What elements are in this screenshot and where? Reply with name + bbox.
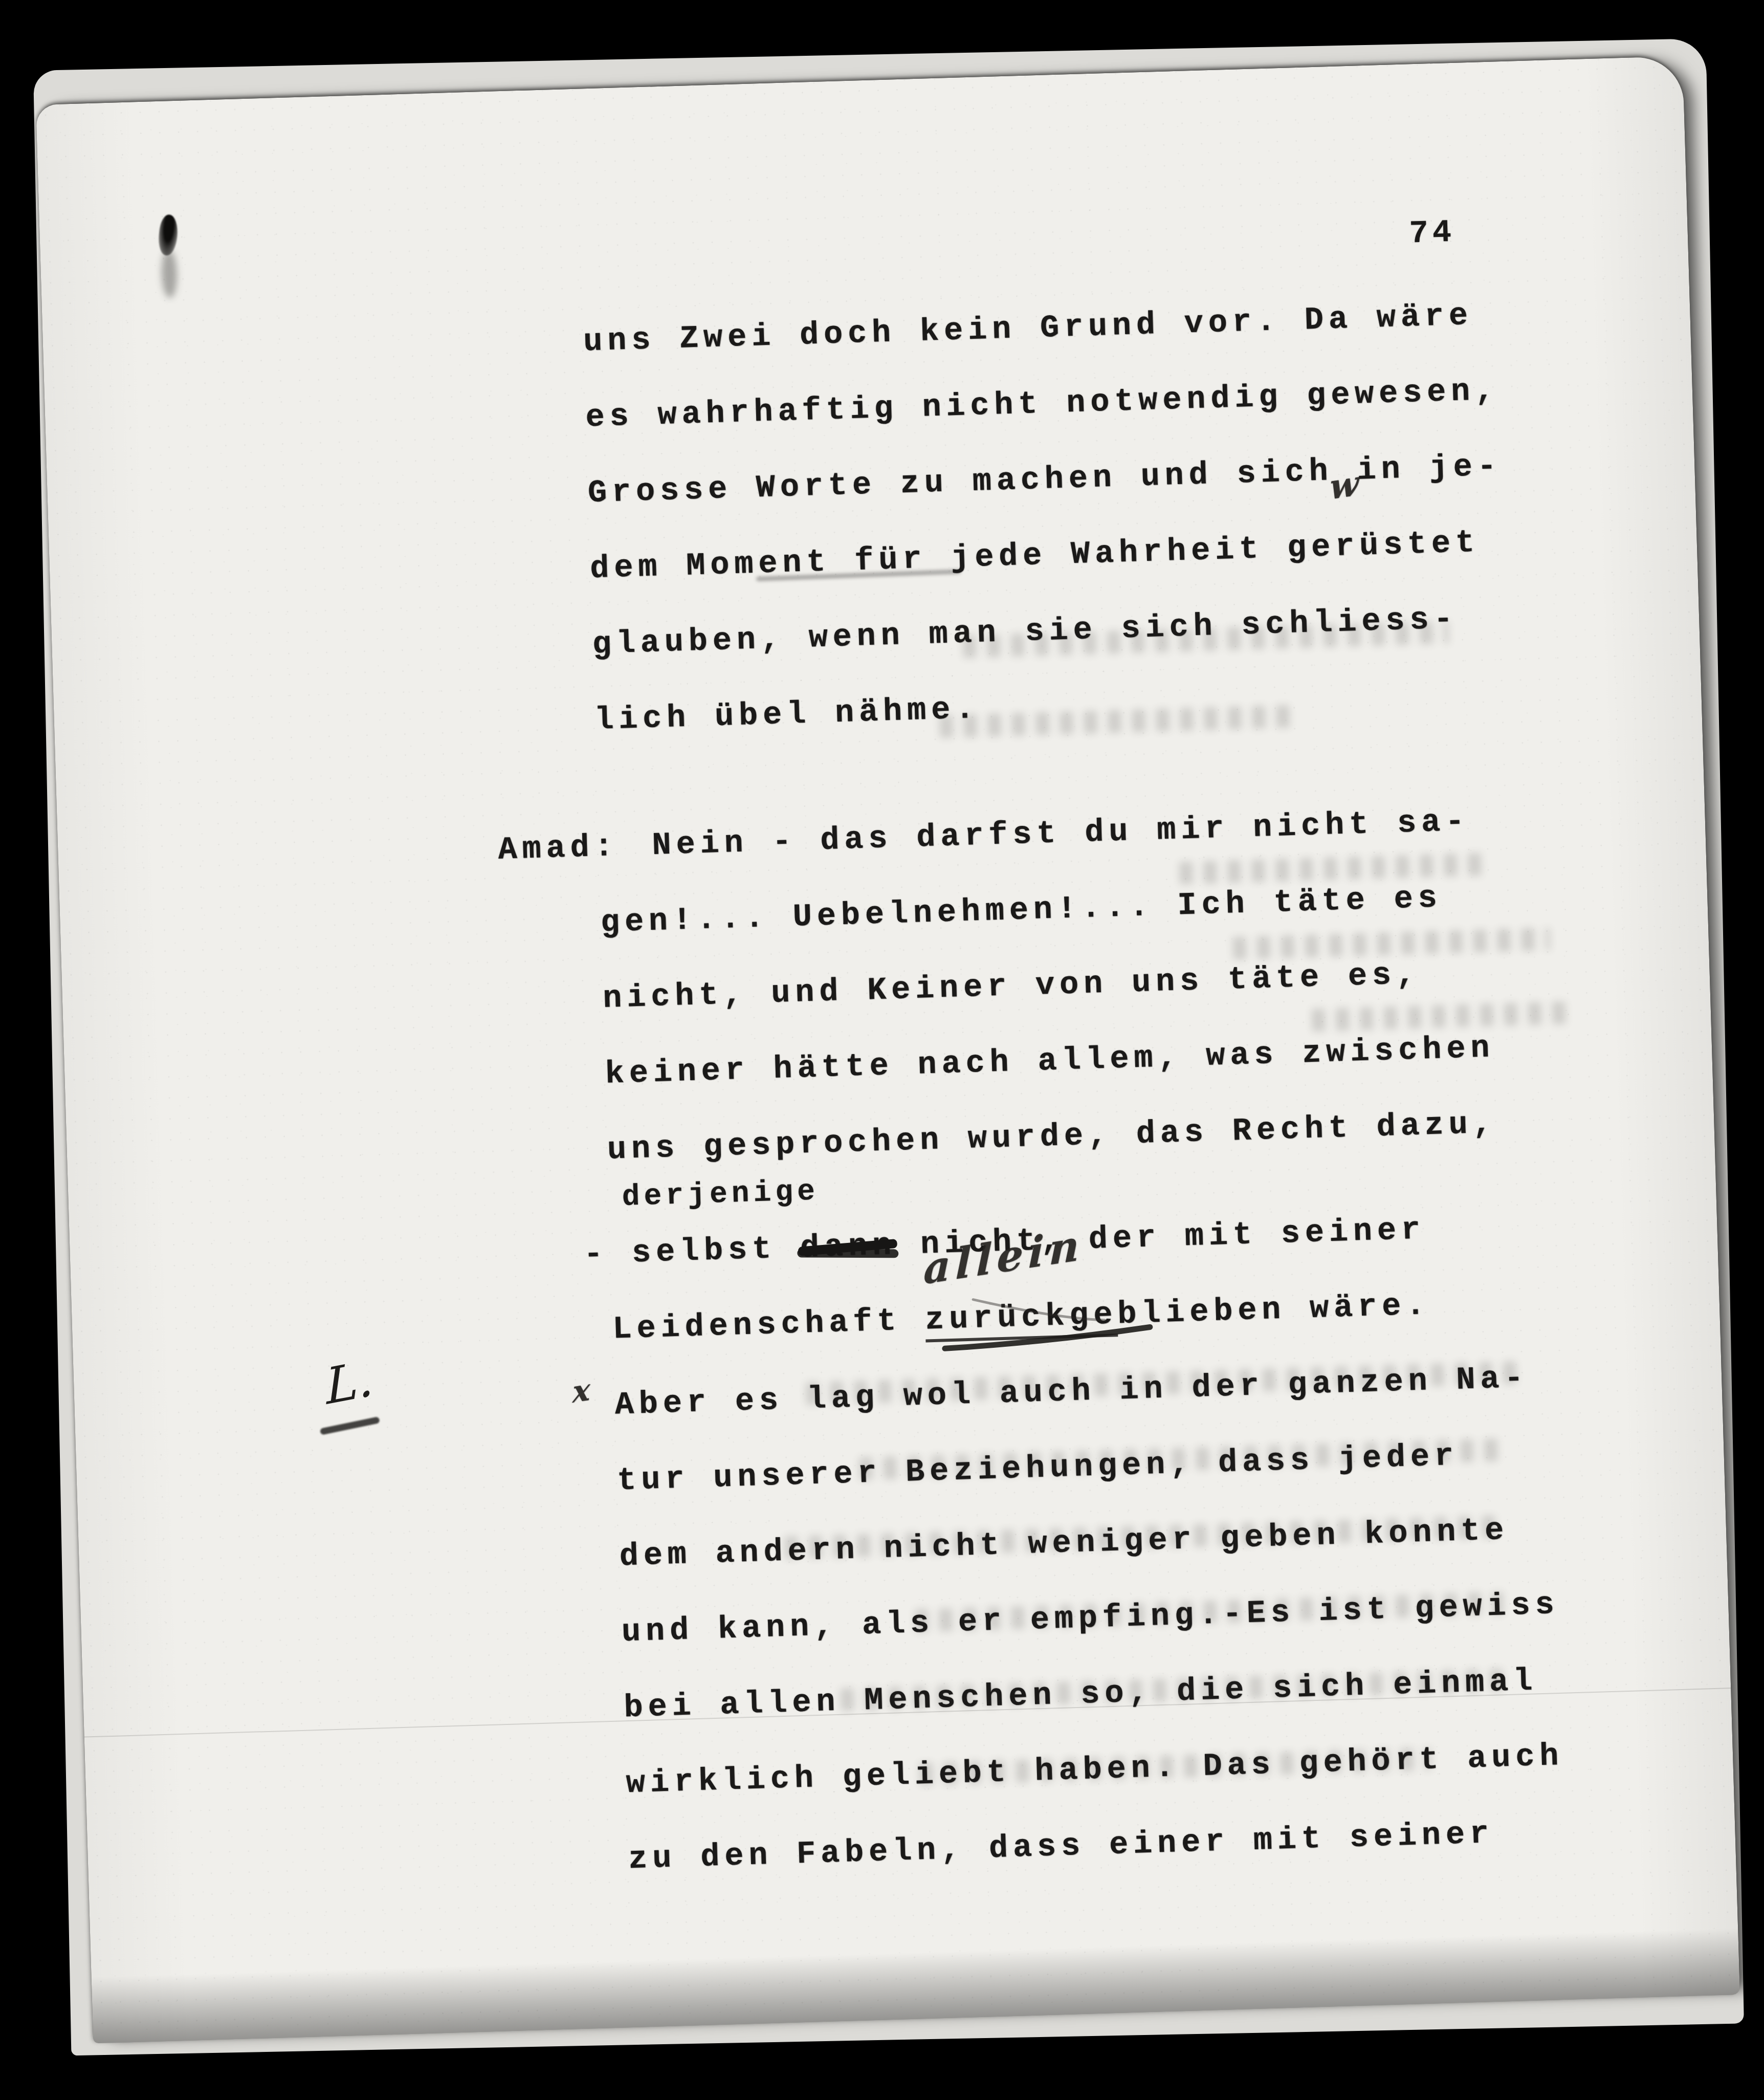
handwritten-annotation: w <box>1330 465 1364 505</box>
typed-insertion: derjenige <box>622 1177 820 1213</box>
ink-smudge <box>161 249 178 298</box>
typed-text: keiner hätte nach allem, was zwischen <box>605 1030 1495 1092</box>
typed-text: bei allen Menschen so, die sich einmal <box>623 1662 1538 1726</box>
page-number: 74 <box>1409 214 1456 252</box>
typed-text: wirklich geliebt haben. Das gehört auch <box>626 1738 1564 1802</box>
typed-text: dem andern nicht weniger geben konnte <box>619 1512 1510 1575</box>
typed-text: blieben wäre. <box>1117 1287 1430 1332</box>
scanned-document: 74 L. uns Zwei doch kein Grund vor. Da w… <box>0 0 1764 2100</box>
margin-annotation-underline <box>320 1416 380 1435</box>
typed-text: uns gesprochen wurde, das Recht dazu, <box>607 1105 1497 1168</box>
margin-annotation: L. <box>324 1349 374 1416</box>
struck-word: dann <box>800 1227 897 1266</box>
typed-text: zu den Fabeln, dass einer mit seiner <box>628 1815 1494 1877</box>
typed-text-block: uns Zwei doch kein Grund vor. Da wärees … <box>582 276 1567 1897</box>
handwritten-annotation: x <box>572 1374 596 1408</box>
manuscript-page: 74 L. uns Zwei doch kein Grund vor. Da w… <box>36 56 1740 2043</box>
typed-text: - selbst <box>583 1230 801 1273</box>
typed-text: Grosse Worte zu machen und sich in je- <box>587 448 1502 511</box>
typed-text: dem Moment für jede Wahrheit gerüstet <box>589 524 1480 587</box>
typed-text: tur unserer Beziehungen, dass jeder <box>616 1438 1459 1499</box>
typed-text: glauben, wenn man sie sich schliess- <box>592 601 1459 663</box>
typed-text: es wahrhaftig nicht notwendig gewesen, <box>585 372 1500 435</box>
typed-text: Nein - das darfst du mir nicht sa- <box>651 803 1470 864</box>
typed-text: Aber es lag wol auch in der ganzen Na- <box>614 1360 1529 1424</box>
typed-text: uns Zwei doch kein Grund vor. Da wäre <box>583 297 1473 360</box>
typed-text: nicht, und Keiner von uns täte es, <box>602 956 1421 1016</box>
typed-text: Leidenschaft <box>612 1302 925 1347</box>
speaker-label: Amad: <box>497 809 619 888</box>
typed-text: lich übel nähme. <box>594 691 980 738</box>
typed-text: gen!... Uebelnehmen!... Ich täte es <box>600 880 1443 941</box>
typed-text: und kann, als er empfing.-Es ist gewiss <box>621 1586 1560 1650</box>
